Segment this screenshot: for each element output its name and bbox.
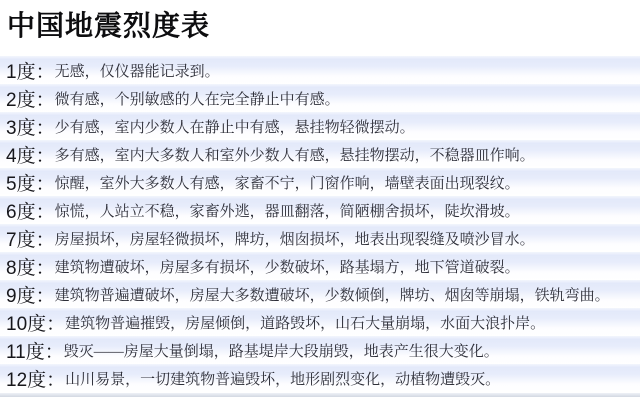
degree-description: 惊慌，人站立不稳，家畜外逃，器皿翻落，简陋棚舍损坏，陡坎滑坡。	[55, 204, 520, 222]
degree-label: 6度：	[6, 203, 55, 222]
degree-description: 建筑物普遍摧毁，房屋倾倒，道路毁坏，山石大量崩塌，水面大浪扑岸。	[65, 316, 545, 334]
degree-label: 9度：	[6, 287, 55, 306]
degree-label: 5度：	[6, 175, 55, 194]
table-row: 7度： 房屋损坏，房屋轻微损坏，牌坊，烟囱损坏，地表出现裂缝及喷沙冒水。	[0, 224, 640, 252]
degree-description: 多有感，室内大多数人和室外少数人有感，悬挂物摆动，不稳器皿作响。	[55, 148, 535, 166]
degree-description: 房屋损坏，房屋轻微损坏，牌坊，烟囱损坏，地表出现裂缝及喷沙冒水。	[55, 232, 535, 250]
degree-description: 山川易景，一切建筑物普遍毁坏，地形剧烈变化，动植物遭毁灭。	[65, 372, 500, 390]
table-row: 9度： 建筑物普遍遭破坏，房屋大多数遭破坏，少数倾倒，牌坊、烟囱等崩塌，铁轨弯曲…	[0, 280, 640, 308]
table-row: 2度： 微有感，个别敏感的人在完全静止中有感。	[0, 84, 640, 112]
table-row: 1度： 无感，仅仪器能记录到。	[0, 56, 640, 84]
table-row: 4度： 多有感，室内大多数人和室外少数人有感，悬挂物摆动，不稳器皿作响。	[0, 140, 640, 168]
degree-label: 4度：	[6, 147, 55, 166]
degree-description: 毁灭——房屋大量倒塌，路基堤岸大段崩毁，地表产生很大变化。	[64, 344, 499, 362]
degree-description: 建筑物遭破坏，房屋多有损坏，少数破坏，路基塌方，地下管道破裂。	[55, 260, 520, 278]
degree-label: 11度：	[6, 343, 64, 362]
table-row: 5度： 惊醒，室外大多数人有感，家畜不宁，门窗作响，墙壁表面出现裂纹。	[0, 168, 640, 196]
table-row: 12度： 山川易景，一切建筑物普遍毁坏，地形剧烈变化，动植物遭毁灭。	[0, 364, 640, 392]
degree-label: 12度：	[6, 371, 65, 390]
degree-label: 7度：	[6, 231, 55, 250]
degree-label: 1度：	[6, 63, 55, 82]
degree-description: 微有感，个别敏感的人在完全静止中有感。	[55, 92, 340, 110]
degree-description: 惊醒，室外大多数人有感，家畜不宁，门窗作响，墙壁表面出现裂纹。	[55, 176, 520, 194]
bottom-edge-strip	[0, 393, 640, 397]
table-row: 6度： 惊慌，人站立不稳，家畜外逃，器皿翻落，简陋棚舍损坏，陡坎滑坡。	[0, 196, 640, 224]
degree-label: 8度：	[6, 259, 55, 278]
degree-label: 10度：	[6, 315, 65, 334]
degree-label: 3度：	[6, 119, 55, 138]
degree-description: 少有感，室内少数人在静止中有感，悬挂物轻微摆动。	[55, 120, 415, 138]
page-title: 中国地震烈度表	[0, 0, 640, 43]
table-row: 8度： 建筑物遭破坏，房屋多有损坏，少数破坏，路基塌方，地下管道破裂。	[0, 252, 640, 280]
table-row: 3度： 少有感，室内少数人在静止中有感，悬挂物轻微摆动。	[0, 112, 640, 140]
intensity-table: 1度： 无感，仅仪器能记录到。 2度： 微有感，个别敏感的人在完全静止中有感。 …	[0, 56, 640, 392]
table-row: 11度： 毁灭——房屋大量倒塌，路基堤岸大段崩毁，地表产生很大变化。	[0, 336, 640, 364]
table-row: 10度： 建筑物普遍摧毁，房屋倾倒，道路毁坏，山石大量崩塌，水面大浪扑岸。	[0, 308, 640, 336]
degree-description: 建筑物普遍遭破坏，房屋大多数遭破坏，少数倾倒，牌坊、烟囱等崩塌，铁轨弯曲。	[55, 288, 610, 306]
earthquake-intensity-page: 中国地震烈度表 1度： 无感，仅仪器能记录到。 2度： 微有感，个别敏感的人在完…	[0, 0, 640, 397]
degree-description: 无感，仅仪器能记录到。	[55, 64, 220, 82]
degree-label: 2度：	[6, 91, 55, 110]
